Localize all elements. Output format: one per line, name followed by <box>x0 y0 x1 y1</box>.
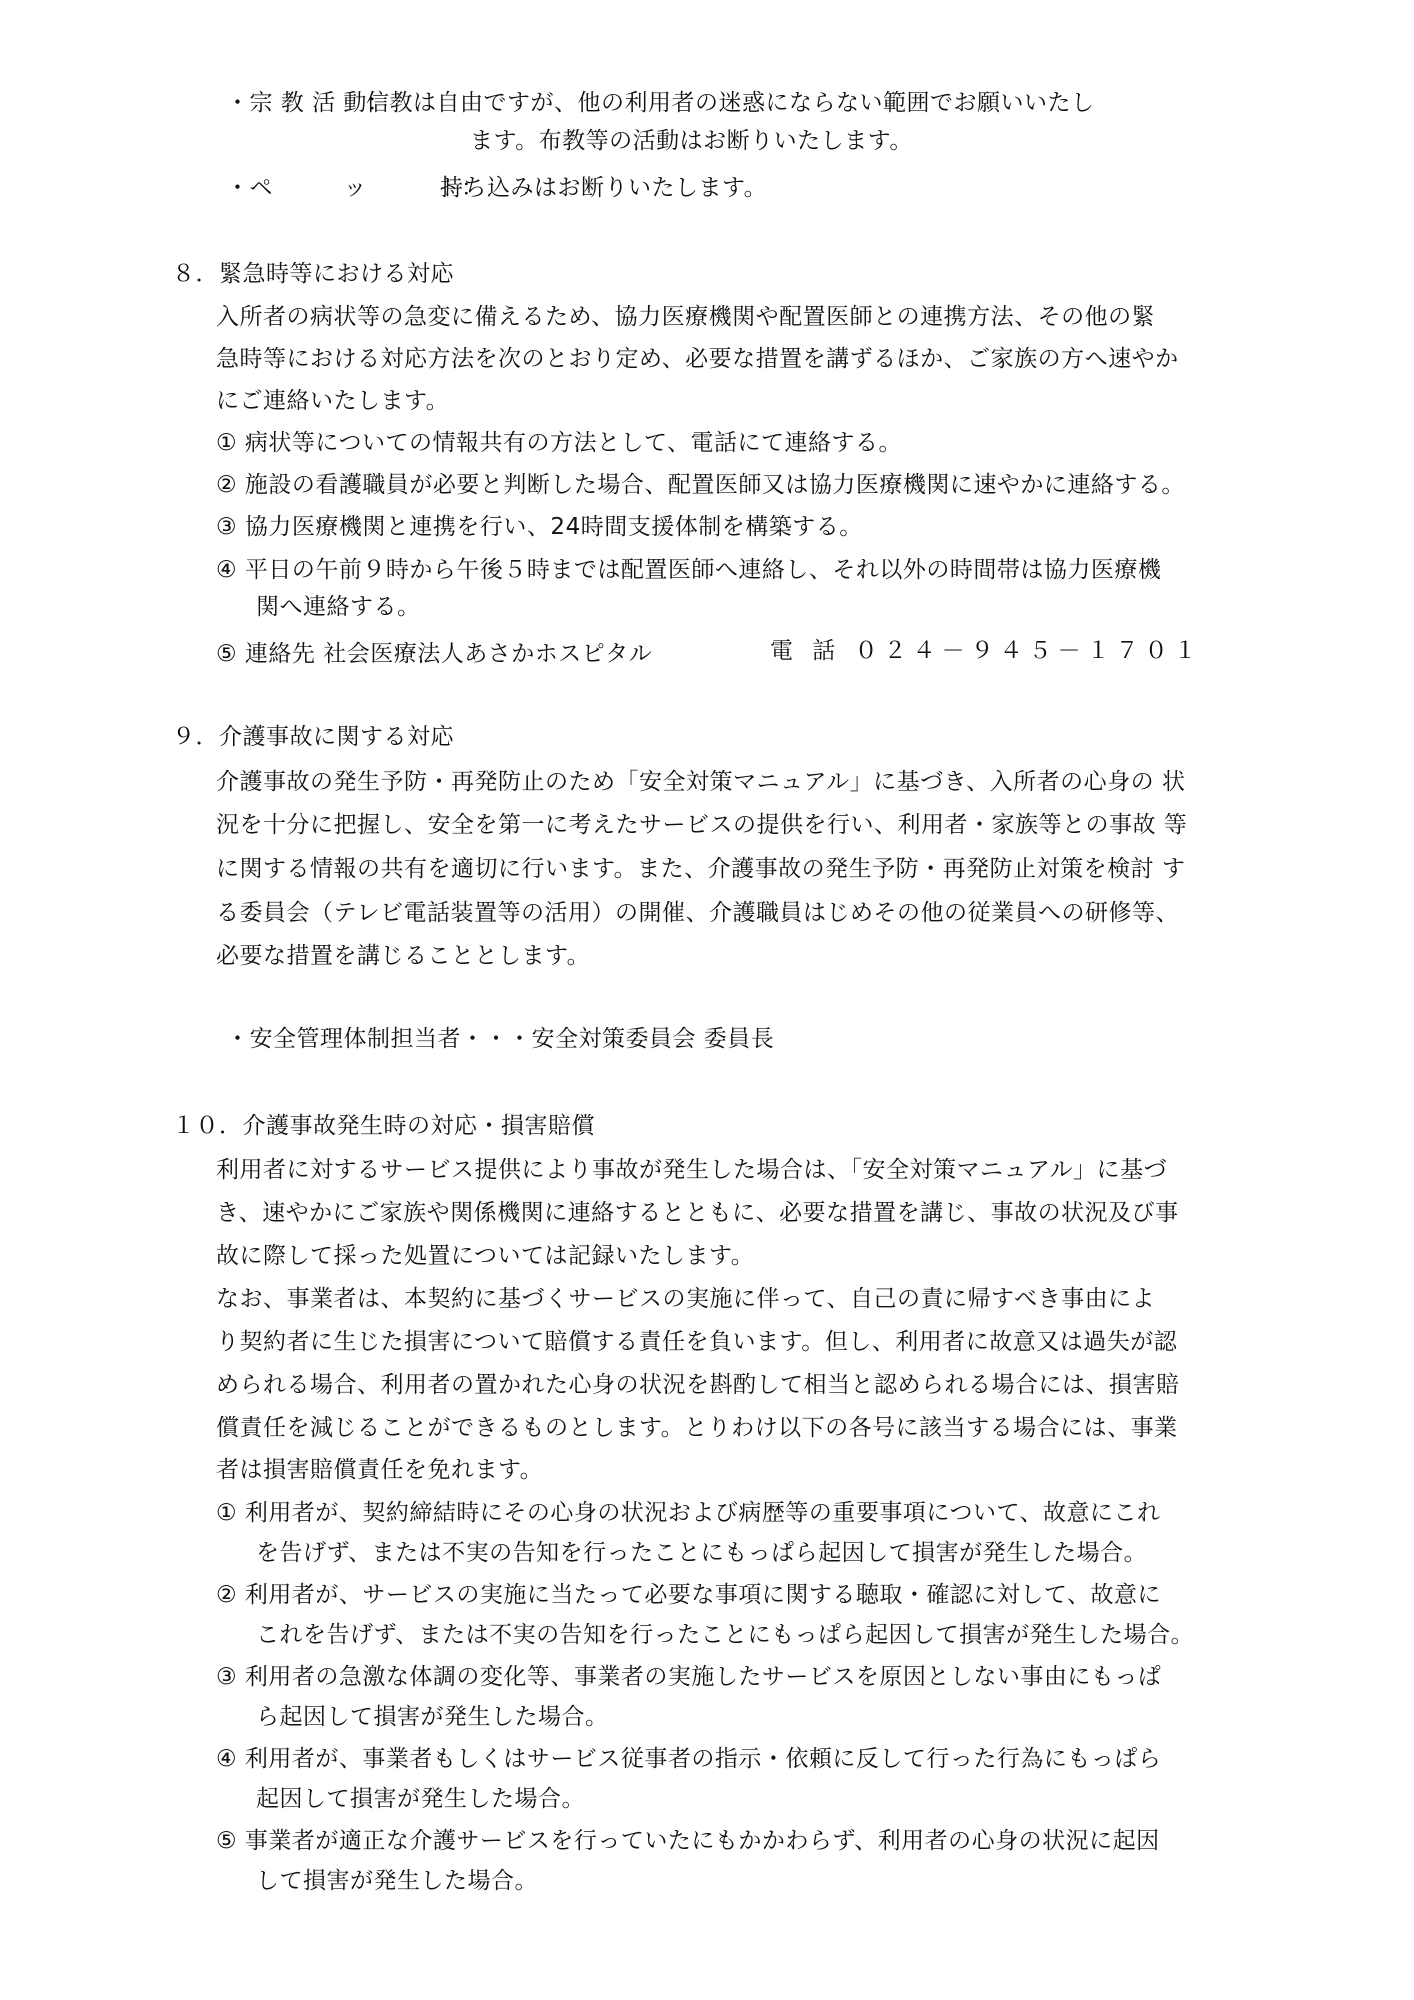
section-8-item: ① 病状等についての情報共有の方法として、電話にて連絡する。 <box>216 432 902 455</box>
section-10-paragraph2-line: められる場合、利用者の置かれた心身の状況を斟酌して相当と認められる場合には、損害… <box>216 1374 1180 1397</box>
section-10-paragraph2-line: 者は損害賠償責任を免れます。 <box>216 1459 543 1482</box>
section-10-item: ④ 利用者が、事業者もしくはサービス従事者の指示・依頼に反して行った行為にもっぱ… <box>216 1748 1161 1771</box>
section-8-item-continuation: 関へ連絡する。 <box>256 596 421 619</box>
section-8-heading: ８．緊急時等における対応 <box>172 263 454 286</box>
religion-text-line2: ます。布教等の活動はお断りいたします。 <box>470 130 913 153</box>
section-8-paragraph-line: 入所者の病状等の急変に備えるため、協力医療機関や配置医師との連携方法、その他の緊 <box>216 306 1155 329</box>
section-10-paragraph2-line: り契約者に生じた損害について賠償する責任を負います。但し、利用者に故意又は過失が… <box>216 1331 1177 1354</box>
section-9-heading: ９．介護事故に関する対応 <box>172 726 454 749</box>
section-10-item-continuation: これを告げず、または不実の告知を行ったことにもっぱら起因して損害が発生した場合。 <box>256 1624 1194 1647</box>
section-8-item: ② 施設の看護職員が必要と判断した場合、配置医師又は協力医療機関に速やかに連絡す… <box>216 474 1185 497</box>
section-10-item-continuation: 起因して損害が発生した場合。 <box>256 1788 585 1811</box>
section-9-paragraph-line: 必要な措置を講じることとします。 <box>216 945 590 968</box>
section-10-item: ⑤ 事業者が適正な介護サービスを行っていたにもかかわらず、利用者の心身の状況に起… <box>216 1830 1160 1853</box>
section-8-item: ③ 協力医療機関と連携を行い、24時間支援体制を構築する。 <box>216 516 863 539</box>
section-10-item-continuation: して損害が発生した場合。 <box>256 1870 538 1893</box>
section-9-paragraph-line: 介護事故の発生予防・再発防止のため「安全対策マニュアル」に基づき、入所者の心身の… <box>216 771 1185 794</box>
section-10-item: ② 利用者が、サービスの実施に当たって必要な事項に関する聴取・確認に対して、故意… <box>216 1584 1161 1607</box>
section-10-item-continuation: を告げず、または不実の告知を行ったことにもっぱら起因して損害が発生した場合。 <box>256 1542 1147 1565</box>
section-10-item-continuation: ら起因して損害が発生した場合。 <box>256 1706 609 1729</box>
section-8-contact-label: ⑤ 連絡先 社会医療法人あさかホスピタル <box>216 643 652 666</box>
safety-manager-line: ・安全管理体制担当者・・・安全対策委員会 委員長 <box>226 1028 774 1051</box>
section-10-paragraph1-line: 利用者に対するサービス提供により事故が発生した場合は、「安全対策マニュアル」に基… <box>216 1159 1167 1182</box>
section-10-item: ③ 利用者の急激な体調の変化等、事業者の実施したサービスを原因としない事由にもっ… <box>216 1666 1161 1689</box>
section-8-paragraph-line: にご連絡いたします。 <box>216 390 449 413</box>
section-8-contact-phone: 電 話 ０２４－９４５－１７０１ <box>770 640 1203 663</box>
section-9-paragraph-line: に関する情報の共有を適切に行います。また、介護事故の発生予防・再発防止対策を検討… <box>216 858 1185 881</box>
section-10-paragraph1-line: 故に際して採った処置については記録いたします。 <box>216 1245 754 1268</box>
section-10-heading: １０．介護事故発生時の対応・損害賠償 <box>172 1115 595 1138</box>
section-9-paragraph-line: る委員会（テレビ電話装置等の活用）の開催、介護職員はじめその他の従業員への研修等… <box>216 902 1179 925</box>
section-10-paragraph1-line: き、速やかにご家族や関係機関に連絡するとともに、必要な措置を講じ、事故の状況及び… <box>216 1202 1179 1225</box>
religion-text-line1: 信教は自由ですが、他の利用者の迷惑にならない範囲でお願いいたし <box>366 92 1095 115</box>
section-10-item: ① 利用者が、契約締結時にその心身の状況および病歴等の重要事項について、故意にこ… <box>216 1502 1161 1525</box>
section-10-paragraph2-line: 償責任を減じることができるものとします。とりわけ以下の各号に該当する場合には、事… <box>216 1417 1178 1440</box>
section-8-item: ④ 平日の午前９時から午後５時までは配置医師へ連絡し、それ以外の時間帯は協力医療… <box>216 559 1161 582</box>
section-8-paragraph-line: 急時等における対応方法を次のとおり定め、必要な措置を講ずるほか、ご家族の方へ速や… <box>216 348 1179 371</box>
section-9-paragraph-line: 況を十分に把握し、安全を第一に考えたサービスの提供を行い、利用者・家族等との事故… <box>216 814 1187 837</box>
section-10-paragraph2-line: なお、事業者は、本契約に基づくサービスの実施に伴って、自己の責に帰すべき事由によ <box>216 1288 1155 1311</box>
pets-text: 持ち込みはお断りいたします。 <box>440 177 767 200</box>
